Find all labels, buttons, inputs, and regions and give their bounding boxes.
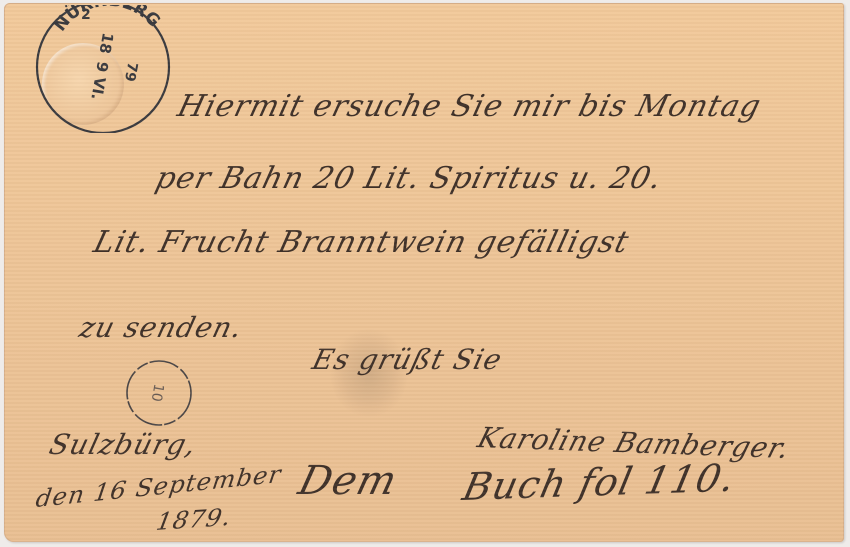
svg-text:18: 18 bbox=[96, 31, 117, 55]
sender-date: den 16 September bbox=[34, 460, 283, 513]
message-line-4: zu senden. bbox=[76, 311, 246, 344]
address-recipient: Buch fol 110. bbox=[459, 456, 740, 509]
message-line-3: Lit. Frucht Branntwein gefälligst bbox=[90, 225, 633, 260]
svg-text:79: 79 bbox=[121, 61, 140, 83]
sender-place: Sulzbürg, bbox=[46, 428, 200, 461]
svg-text:NÜRNBERG: NÜRNBERG bbox=[50, 5, 164, 35]
svg-text:2: 2 bbox=[81, 7, 91, 23]
svg-text:VI.: VI. bbox=[87, 76, 109, 102]
receipt-postmark: 10 bbox=[118, 355, 200, 431]
closing-greeting: Es grüßt Sie bbox=[309, 343, 506, 376]
message-line-2: per Bahn 20 Lit. Spiritus u. 20. bbox=[152, 161, 666, 196]
svg-text:9: 9 bbox=[92, 60, 112, 73]
sender-year: 1879. bbox=[154, 503, 234, 536]
address-salutation: Dem bbox=[294, 458, 402, 504]
message-line-1: Hiermit ersuche Sie mir bis Montag bbox=[174, 89, 765, 124]
svg-text:10: 10 bbox=[148, 382, 167, 402]
postmark-stamp: NÜRNBERG 18 9 VI. 79 2 bbox=[21, 5, 185, 133]
postmark-circle-icon: NÜRNBERG 18 9 VI. 79 2 bbox=[21, 5, 185, 133]
postcard: NÜRNBERG 18 9 VI. 79 2 10 Hiermit ersuch… bbox=[4, 3, 844, 542]
